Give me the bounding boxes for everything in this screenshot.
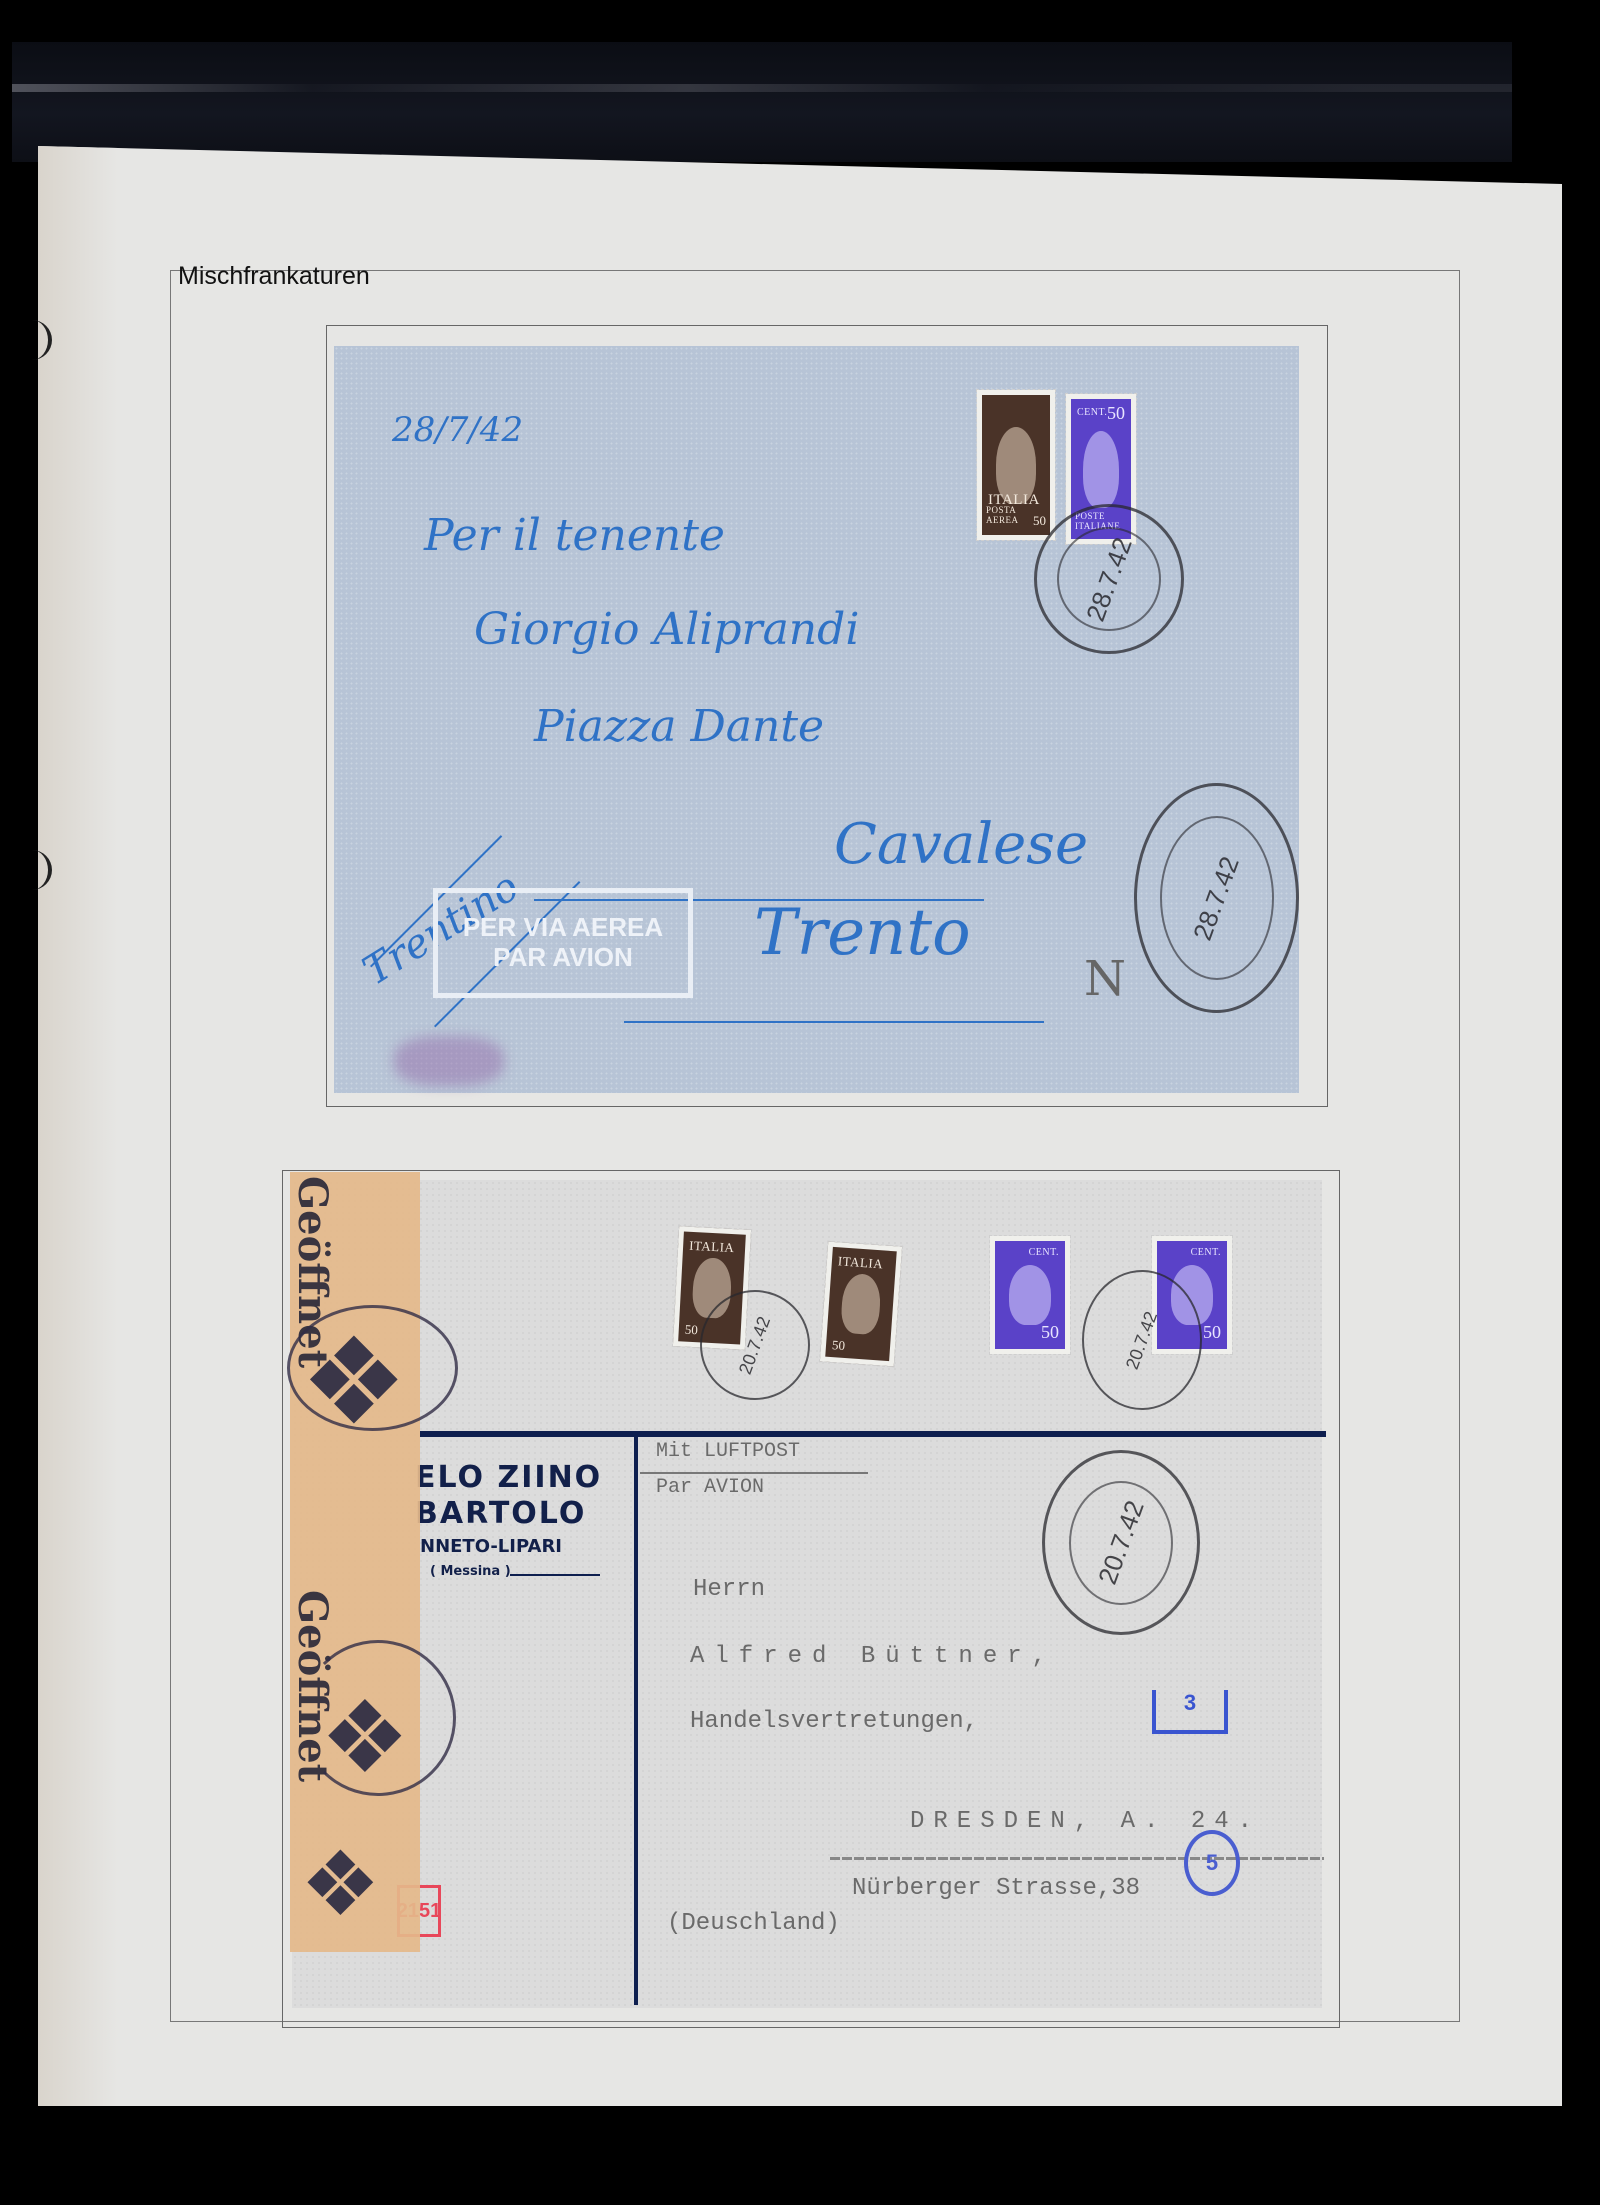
pegasus-icon (840, 1272, 883, 1335)
cover2-airmail-stamp: ITALIA 50 (820, 1242, 902, 1367)
letterhead-name: ELO ZIINO (415, 1460, 602, 1495)
king-portrait-icon (1009, 1265, 1051, 1324)
address-line: Herrn (693, 1576, 765, 1603)
page-title: Mischfrankaturen (178, 262, 370, 291)
airmail-line: Mit LUFTPOST (656, 1440, 800, 1463)
blue-censor-number: 3 (1152, 1690, 1228, 1734)
letterhead-town: NNETO-LIPARI (420, 1536, 562, 1557)
ink-smudge (394, 1036, 504, 1086)
cover1-address-line: Piazza Dante (534, 701, 824, 752)
letterhead-rule (420, 1431, 1326, 1437)
typed-underline (830, 1857, 1324, 1860)
cover1-address-line: Giorgio Aliprandi (474, 604, 859, 655)
eagle-icon: ❖ (320, 1688, 410, 1788)
cover1-address-line: Cavalese (834, 812, 1088, 877)
cover1-date-note: 28/7/42 (392, 410, 523, 450)
address-underline (624, 1021, 1044, 1023)
king-portrait-icon (1083, 431, 1119, 508)
par-avion-label: PER VIA AEREA PAR AVION (433, 888, 693, 998)
airmail-line: Par AVION (656, 1476, 764, 1499)
letterhead-underline (510, 1574, 600, 1576)
address-line: Handelsvertretungen, (690, 1708, 978, 1735)
cover1-airmail-stamp: ITALIA POSTA AEREA 50 (977, 390, 1055, 540)
cover2-definitive-stamp: CENT. 50 (990, 1236, 1070, 1354)
address-line: Alfred Büttner, (690, 1643, 1056, 1670)
cover2-stamp-cancel: 20.7.42 (700, 1290, 810, 1400)
eagle-icon: ❖ (300, 1840, 381, 1930)
cover1-address-line: Per il tenente (424, 510, 725, 561)
blue-circle-mark: 5 (1184, 1830, 1240, 1896)
letterhead-province: ( Messina ) (430, 1564, 511, 1579)
address-line: Nürberger Strasse,38 (852, 1875, 1140, 1902)
letterhead-name: BARTOLO (415, 1496, 586, 1531)
cover1-cancel-postmark: 28.7.42 (1034, 504, 1184, 654)
cover2-stamp-cancel: 20.7.42 (1082, 1270, 1202, 1410)
cover2-messina-postmark: 20.7.42 (1042, 1450, 1200, 1635)
album-top-edge (12, 42, 1512, 162)
cover1-corner-mark: N (1084, 951, 1126, 1007)
letterhead-divider (634, 1435, 638, 2005)
cover1-address-line: Trento (754, 896, 971, 970)
cover1-arrival-postmark: 28.7.42 (1134, 783, 1299, 1013)
address-line: (Deuschland) (667, 1910, 840, 1937)
eagle-icon: ❖ (300, 1322, 408, 1442)
airmail-rule (640, 1472, 868, 1474)
